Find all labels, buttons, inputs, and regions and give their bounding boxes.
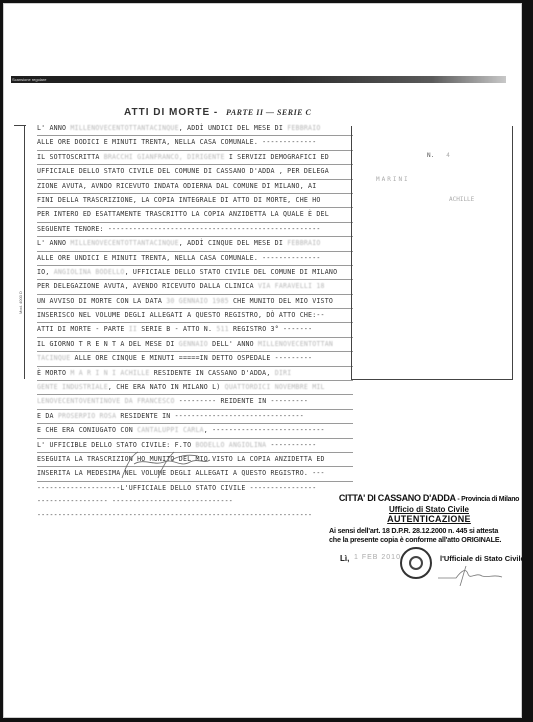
record-line: E DA PROSERPIO ROSA RESIDENTE IN -------…	[37, 410, 353, 424]
record-line: ATTI DI MORTE - PARTE II SERIE B - ATTO …	[37, 323, 353, 337]
record-line: SEGUENTE TENORE: -----------------------…	[37, 223, 353, 237]
record-line: LENOVECENTOVENTINOVE DA FRANCESCO ------…	[37, 395, 353, 409]
title-main: ATTI DI MORTE -	[124, 107, 218, 118]
record-line: IL GIORNO T R E N T A DEL MESE DI GENNAI…	[37, 338, 353, 352]
scan-header-label: Scansione regolare	[12, 76, 46, 83]
auth-date-stamp: 1 FEB 2010	[354, 554, 401, 561]
document-title: ATTI DI MORTE - PARTE II — SERIE C	[124, 107, 424, 118]
auth-signoff: Lì, 1 FEB 2010 l'Ufficiale di Stato Civi…	[340, 544, 530, 584]
auth-city: CITTA' DI CASSANO D'ADDA - Provincia di …	[329, 493, 529, 503]
side-surname: MARINI	[376, 176, 410, 183]
auth-body-line-2: che la presente copia è conforme all'att…	[329, 535, 529, 544]
record-line: UFFICIALE DELLO STATO CIVILE DEL COMUNE …	[37, 165, 353, 179]
redacted-value: ANGIOLINA BODELLO	[54, 268, 125, 276]
side-register-box: N.4 MARINI ACHILLE	[351, 126, 513, 380]
officer-signature	[436, 564, 506, 586]
record-line: L' ANNO MILLENOVECENTOTTANTACINQUE, ADDÌ…	[37, 237, 353, 251]
record-line: ----------------------------------------…	[37, 509, 353, 522]
auth-city-name: CITTA' DI CASSANO D'ADDA	[339, 493, 456, 503]
record-line: --------------------L'UFFICIALE DELLO ST…	[37, 482, 353, 495]
record-number-label: N.	[427, 152, 434, 159]
handwritten-signature	[114, 450, 224, 480]
record-line: IL SOTTOSCRITTA BRACCHI GIANFRANCO, DIRI…	[37, 151, 353, 165]
record-line: ALLE ORE UNDICI E MINUTI TRENTA, NELLA C…	[37, 252, 353, 266]
redacted-value: FEBBRAIO	[287, 239, 320, 247]
record-line: ALLE ORE DODICI E MINUTI TRENTA, NELLA C…	[37, 136, 353, 150]
redacted-value: DA FRANCESCO	[125, 397, 175, 405]
auth-office: Ufficio di Stato Civile	[329, 505, 529, 514]
record-number-value: 4	[446, 152, 450, 159]
record-line: IO, ANGIOLINA BODELLO, UFFICIALE DELLO S…	[37, 266, 353, 280]
record-line: UN AVVISO DI MORTE CON LA DATA 30 GENNAI…	[37, 295, 353, 309]
record-line: PER DELEGAZIONE AVUTA, AVENDO RICEVUTO D…	[37, 280, 353, 294]
auth-body: Ai sensi dell'art. 18 D.P.R. 28.12.2000 …	[329, 526, 529, 544]
record-line: PER INTERO ED ESATTAMENTE TRASCRITTO LA …	[37, 208, 353, 222]
redacted-value: CANTALUPPI CARLA	[137, 426, 204, 434]
record-line: ----------------- ----------------------…	[37, 495, 353, 508]
title-subtitle: PARTE II — SERIE C	[226, 108, 311, 117]
document-page: Scansione regolare ATTI DI MORTE - PARTE…	[3, 3, 522, 718]
auth-body-line-1: Ai sensi dell'art. 18 D.P.R. 28.12.2000 …	[329, 526, 529, 535]
left-bracket	[24, 126, 28, 379]
record-line: GENTE INDUSTRIALE, CHE ERA NATO IN MILAN…	[37, 381, 353, 395]
record-line: TACINQUE ALLE ORE CINQUE E MINUTI =====I…	[37, 352, 353, 366]
margin-form-code: Mod. 4000 D	[18, 291, 23, 314]
side-firstname: ACHILLE	[449, 196, 474, 203]
scan-header-bar: Scansione regolare	[11, 76, 506, 83]
redacted-value: FEBBRAIO	[287, 124, 320, 132]
redacted-value: MILLENOVECENTOTTANTACINQUE	[70, 124, 178, 132]
record-line: INSERISCO NEL VOLUME DEGLI ALLEGATI A QU…	[37, 309, 353, 323]
redacted-value: GENNAIO	[179, 340, 208, 348]
record-line: ZIONE AVUTA, AVNDO RICEVUTO INDATA ODIER…	[37, 180, 353, 194]
auth-province: - Provincia di Milano	[456, 496, 519, 503]
auth-heading: AUTENTICAZIONE	[329, 514, 529, 524]
redacted-value: BRACCHI GIANFRANCO, DIRIGENTE	[104, 153, 225, 161]
redacted-value: 511	[216, 325, 229, 333]
redacted-value: GENTE INDUSTRIALE	[37, 383, 108, 391]
record-line: FINI DELLA TRASCRIZIONE, LA COPIA INTEGR…	[37, 194, 353, 208]
record-line: E CHE ERA CONIUGATO CON CANTALUPPI CARLA…	[37, 424, 353, 438]
redacted-value: MILLENOVECENTOTTAN	[258, 340, 333, 348]
redacted-value: DIRI	[275, 369, 292, 377]
redacted-value: II	[129, 325, 137, 333]
redacted-value: 30 GENNAIO 1985	[166, 297, 229, 305]
redacted-value: QUATTORDICI NOVEMBRE MIL	[225, 383, 325, 391]
record-line: L' ANNO MILLENOVECENTOTTANTACINQUE, ADDÌ…	[37, 122, 353, 136]
auth-place-label: Lì,	[340, 554, 349, 563]
auth-officer-label: l'Ufficiale di Stato Civile	[440, 554, 525, 563]
redacted-value: PROSERPIO ROSA	[58, 412, 116, 420]
redacted-value: VIA FARAVELLI 18	[258, 282, 325, 290]
redacted-value: LENOVECENTOVENTINOVE	[37, 397, 120, 405]
record-line: È MORTO M A R I N I ACHILLE RESIDENTE IN…	[37, 367, 353, 381]
redacted-value: MILLENOVECENTOTTANTACINQUE	[70, 239, 178, 247]
redacted-value: BODELLO ANGIOLINA	[195, 441, 266, 449]
redacted-value: M A R I N I ACHILLE	[70, 369, 149, 377]
record-number: N.4	[427, 152, 450, 159]
redacted-value: TACINQUE	[37, 354, 70, 362]
authentication-block: CITTA' DI CASSANO D'ADDA - Provincia di …	[329, 493, 529, 544]
official-seal-icon	[400, 547, 432, 579]
